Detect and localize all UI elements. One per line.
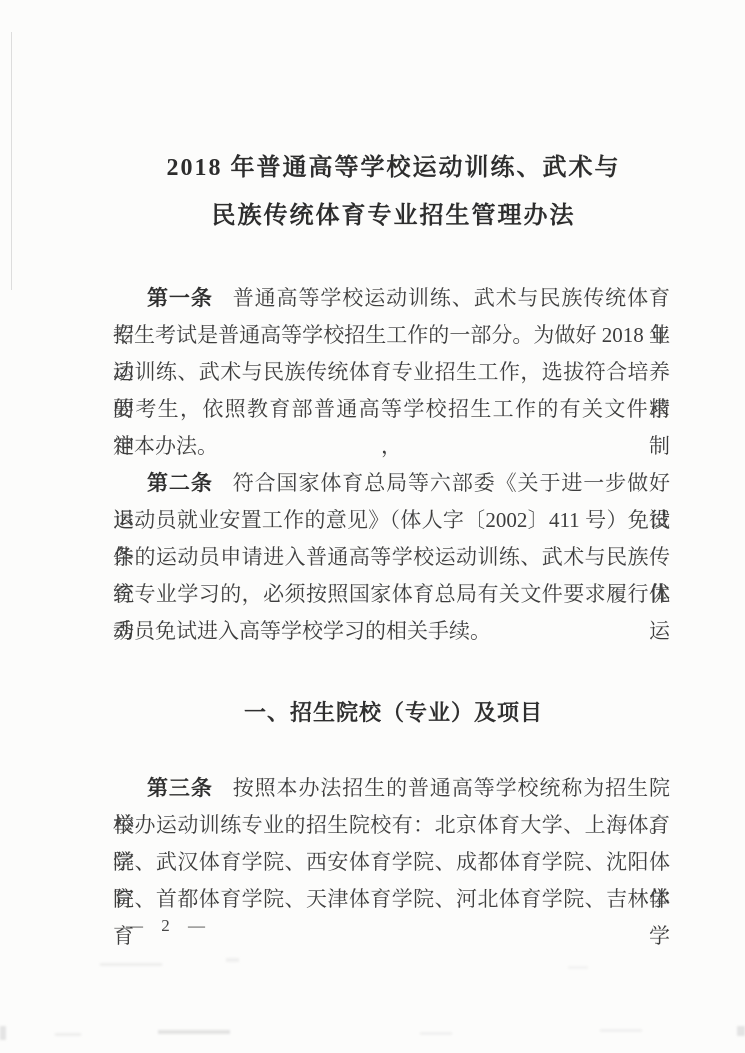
text-line: 院、武汉体育学院、西安体育学院、成都体育学院、沈阳体育学: [113, 844, 670, 881]
scan-smudge-artifact: [0, 1026, 6, 1040]
text-line: 的考生，依照教育部普通高等学校招生工作的有关文件精神，制: [113, 391, 670, 428]
article-2-line-5: 动员免试进入高等学校学习的相关手续。: [113, 619, 491, 643]
scan-smudge-artifact: [737, 1026, 745, 1036]
scan-smudge-artifact: [158, 1030, 230, 1034]
article-2: 第二条符合国家体育总局等六部委《关于进一步做好退役 运动员就业安置工作的意见》（…: [113, 465, 670, 650]
text-line: 育专业学习的，必须按照国家体育总局有关文件要求履行优秀运: [113, 576, 670, 613]
text-line: 第一条普通高等学校运动训练、武术与民族传统体育专业: [113, 280, 670, 317]
article-3-term: 第三条: [147, 776, 213, 800]
article-1-line-5: 定本办法。: [113, 434, 218, 458]
text-line: 招生考试是普通高等学校招生工作的一部分。为做好 2018 年运: [113, 317, 670, 354]
text-line: 件的运动员申请进入普通高等学校运动训练、武术与民族传统体: [113, 539, 670, 576]
text-line: 运动员就业安置工作的意见》（体人字〔2002〕411 号）免试条: [113, 502, 670, 539]
text-line: 第三条按照本办法招生的普通高等学校统称为招生院校。: [113, 770, 670, 807]
text-line: 第二条符合国家体育总局等六部委《关于进一步做好退役: [113, 465, 670, 502]
text-line: 动训练、武术与民族传统体育专业招生工作，选拔符合培养要求: [113, 354, 670, 391]
article-2-term: 第二条: [147, 471, 213, 495]
text-line: 院、首都体育学院、天津体育学院、河北体育学院、吉林体育学: [113, 881, 670, 918]
scan-smudge-artifact: [100, 963, 162, 966]
document-title: 2018 年普通高等学校运动训练、武术与 民族传统体育专业招生管理办法: [115, 144, 672, 240]
article-1-term: 第一条: [147, 286, 213, 310]
scan-smudge-artifact: [55, 1033, 81, 1036]
scan-smudge-artifact: [568, 966, 588, 969]
page-number: — 2 —: [126, 916, 210, 936]
scan-smudge-artifact: [600, 1029, 642, 1032]
section-heading: 一、招生院校（专业）及项目: [115, 694, 672, 731]
document-title-line-1: 2018 年普通高等学校运动训练、武术与: [115, 144, 672, 192]
scan-smudge-artifact: [420, 1032, 452, 1035]
scan-smudge-artifact: [226, 958, 239, 962]
scan-edge-line-artifact: [11, 32, 12, 290]
document-page: 2018 年普通高等学校运动训练、武术与 民族传统体育专业招生管理办法 第一条普…: [0, 0, 745, 1053]
text-line: 举办运动训练专业的招生院校有：北京体育大学、上海体育学: [113, 807, 670, 844]
article-1: 第一条普通高等学校运动训练、武术与民族传统体育专业 招生考试是普通高等学校招生工…: [113, 280, 670, 465]
article-3: 第三条按照本办法招生的普通高等学校统称为招生院校。 举办运动训练专业的招生院校有…: [113, 770, 670, 918]
document-title-line-2: 民族传统体育专业招生管理办法: [115, 192, 672, 240]
